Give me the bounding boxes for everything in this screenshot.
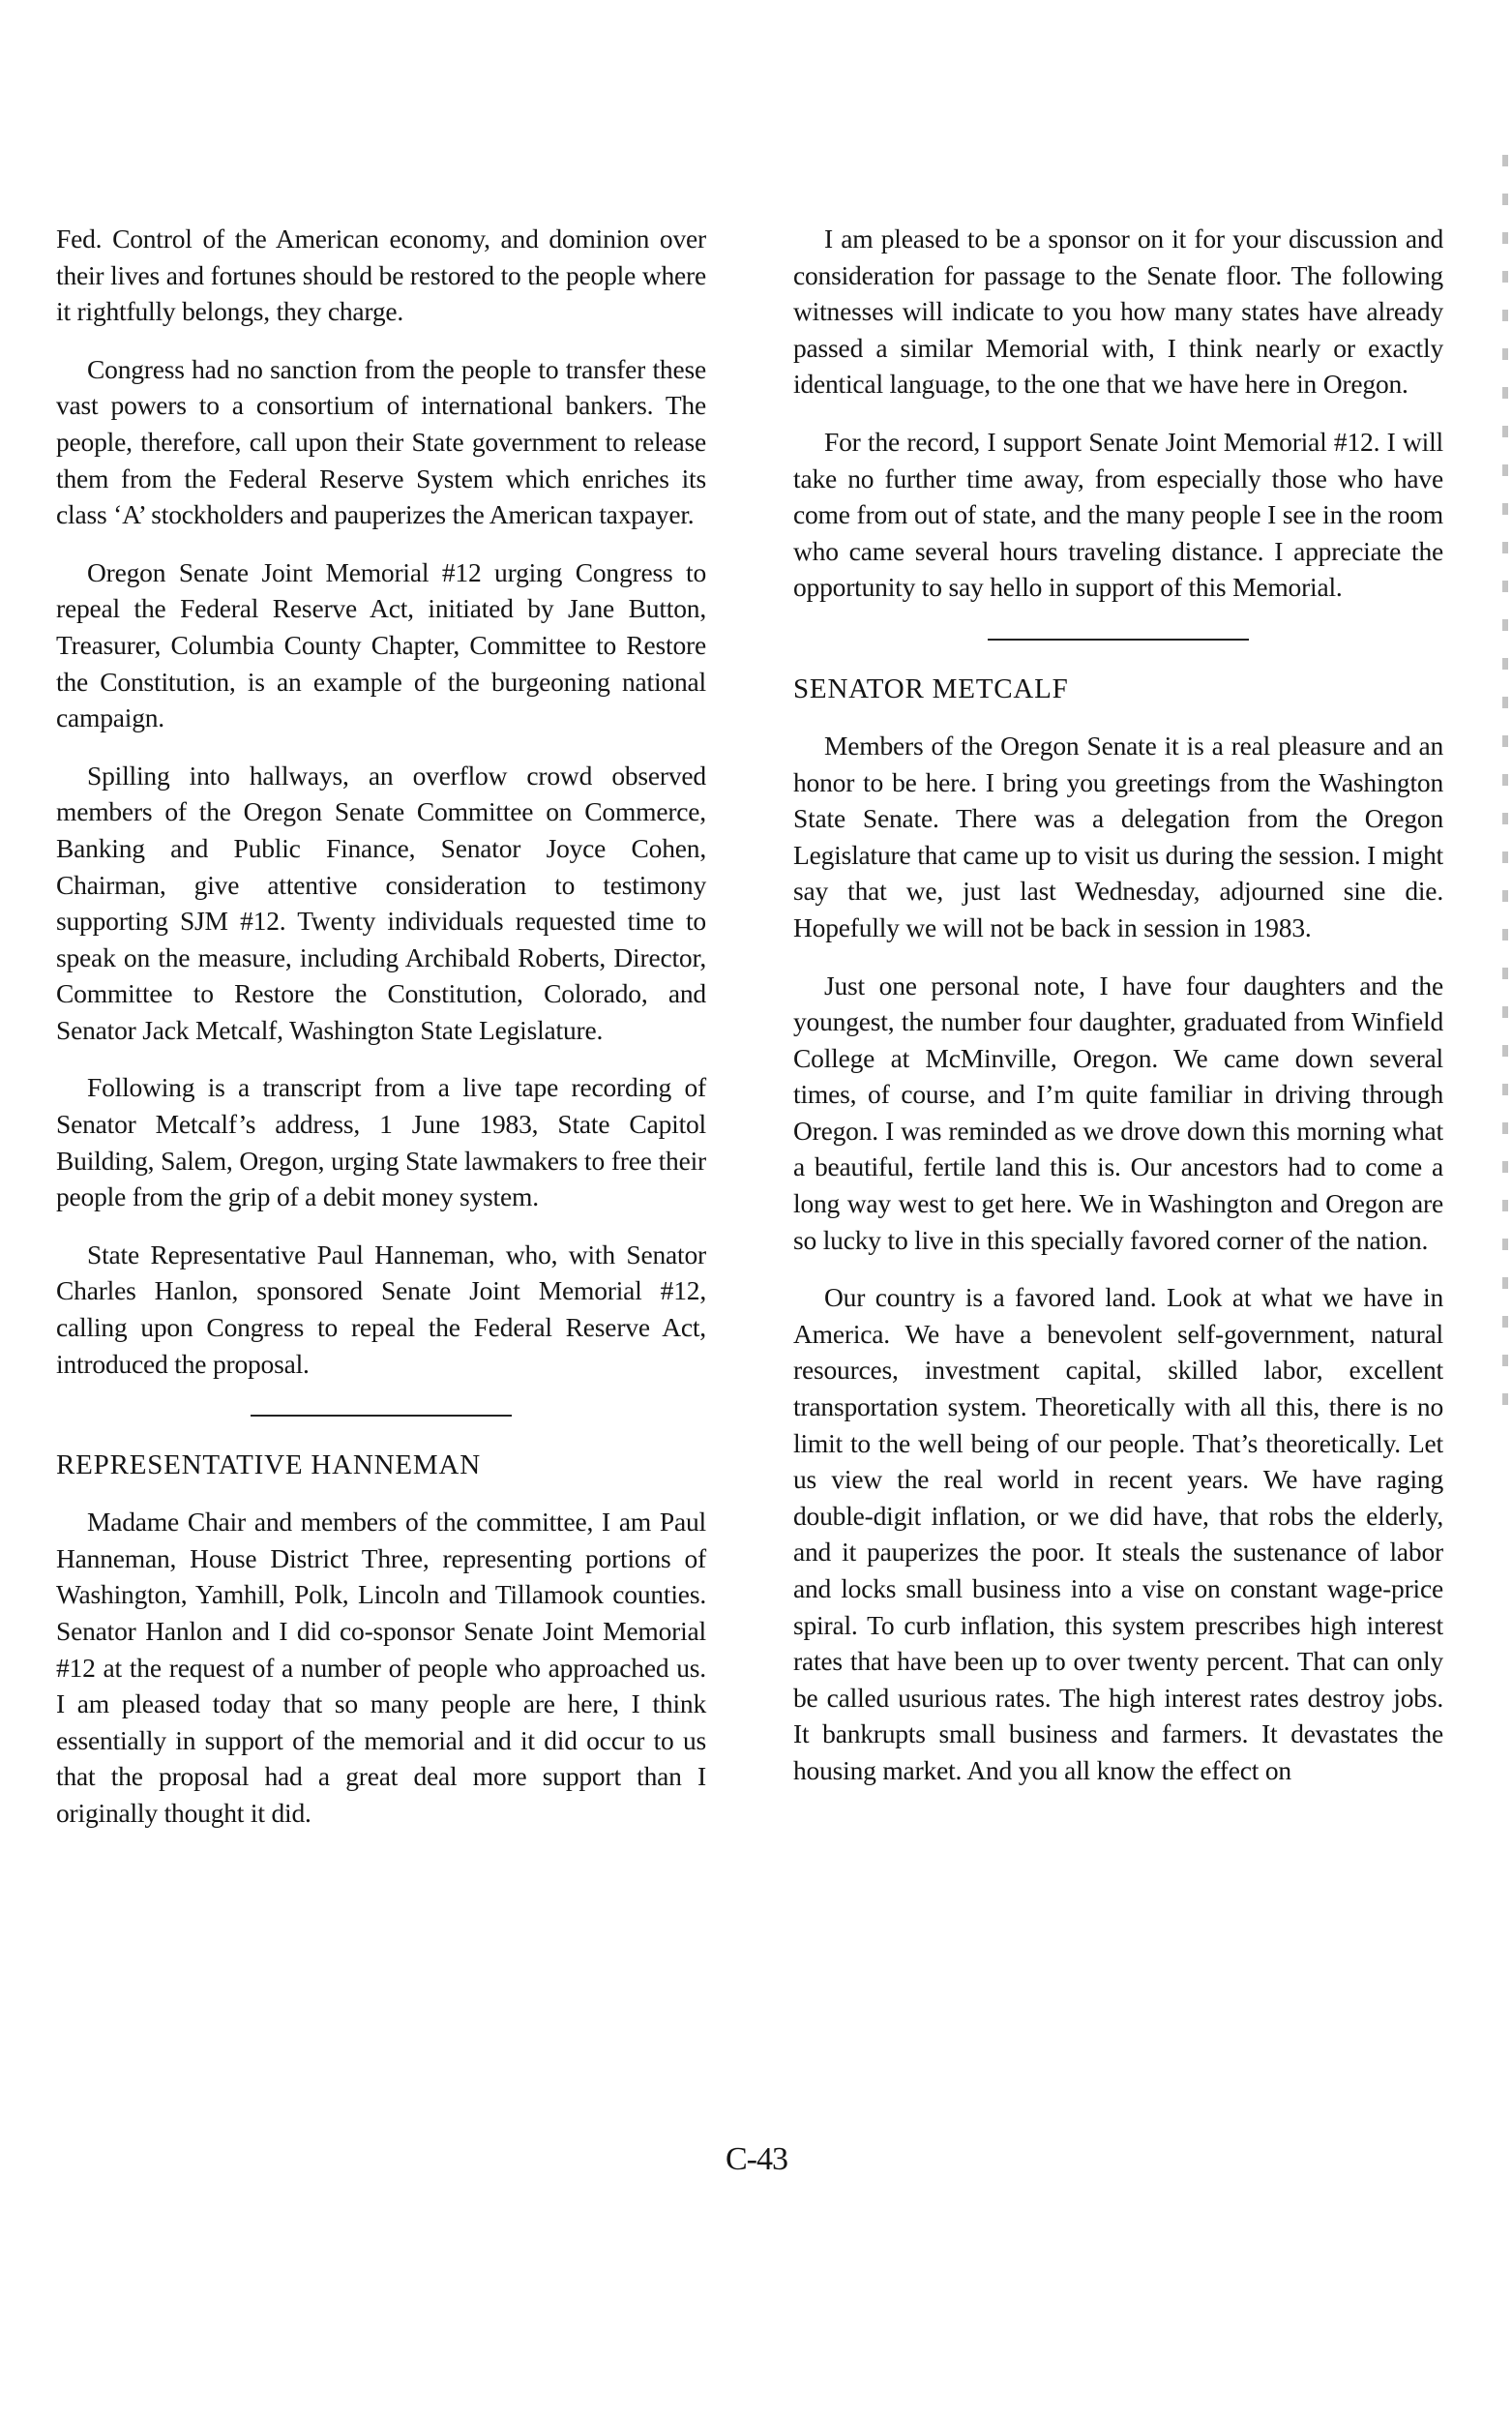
left-column: Fed. Control of the American economy, an…	[56, 221, 706, 1853]
paragraph: Members of the Oregon Senate it is a rea…	[793, 728, 1443, 946]
paragraph: Congress had no sanction from the people…	[56, 351, 706, 533]
page-number: C-43	[726, 2140, 787, 2179]
section-heading-metcalf: SENATOR METCALF	[793, 672, 1443, 706]
paragraph: Following is a transcript from a live ta…	[56, 1069, 706, 1214]
paragraph: Madame Chair and members of the committe…	[56, 1504, 706, 1831]
section-heading-hanneman: REPRESENTATIVE HANNEMAN	[56, 1448, 706, 1482]
paragraph: Oregon Senate Joint Memorial #12 urging …	[56, 554, 706, 736]
paragraph: State Representative Paul Hanneman, who,…	[56, 1237, 706, 1382]
section-divider	[988, 639, 1249, 641]
scan-edge-artifact	[1502, 155, 1508, 1413]
paragraph: Fed. Control of the American economy, an…	[56, 221, 706, 330]
section-divider	[251, 1415, 512, 1417]
paragraph: I am pleased to be a sponsor on it for y…	[793, 221, 1443, 403]
paragraph: Spilling into hallways, an overflow crow…	[56, 758, 706, 1049]
right-column: I am pleased to be a sponsor on it for y…	[793, 221, 1443, 1810]
paragraph: For the record, I support Senate Joint M…	[793, 424, 1443, 606]
document-page: Fed. Control of the American economy, an…	[0, 0, 1512, 2419]
paragraph: Just one personal note, I have four daug…	[793, 968, 1443, 1259]
paragraph: Our country is a favored land. Look at w…	[793, 1279, 1443, 1788]
